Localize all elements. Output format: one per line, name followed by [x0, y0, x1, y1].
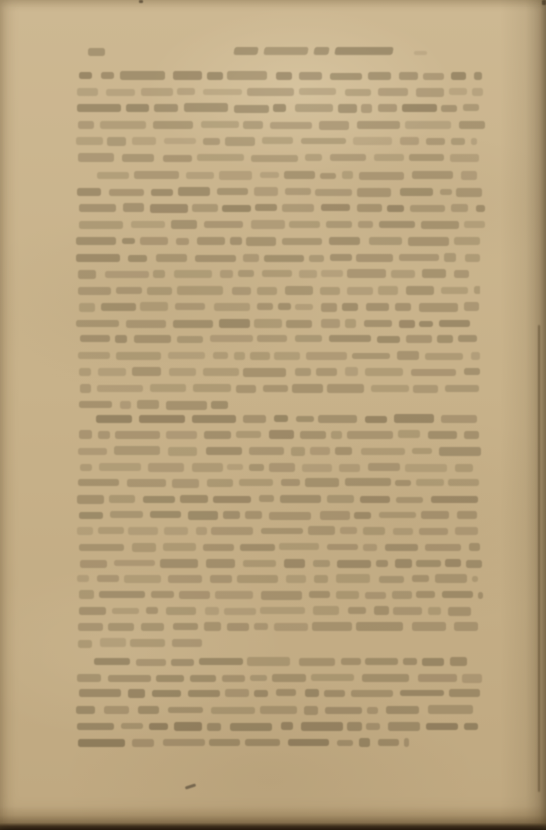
scan-speck-top	[139, 0, 143, 3]
faded-text-line	[79, 399, 228, 410]
faded-text-line	[78, 737, 409, 748]
faded-text-line	[79, 542, 481, 553]
faded-text-line	[79, 429, 479, 440]
header-title-dash	[414, 51, 427, 55]
faded-text-line	[79, 71, 482, 82]
faded-text-line	[78, 621, 478, 632]
page-gutter-shadow	[500, 0, 546, 830]
faded-text-line	[79, 203, 485, 214]
faded-text-line	[80, 333, 480, 344]
faded-text-line	[77, 86, 483, 97]
faded-text-line	[79, 589, 483, 600]
faded-text-line	[76, 318, 479, 329]
faded-text-line	[80, 558, 487, 569]
faded-text-line	[77, 525, 478, 536]
faded-text-line	[96, 413, 485, 424]
faded-text-line	[77, 186, 482, 197]
faded-text-line	[78, 638, 202, 649]
faded-text-line	[80, 462, 482, 473]
faded-text-line	[79, 219, 485, 230]
faded-text-line	[78, 285, 481, 296]
faded-text-line	[78, 152, 480, 163]
faded-text-line	[77, 103, 480, 114]
faded-text-line	[76, 252, 480, 263]
header-page-number	[88, 48, 105, 56]
scan-speck-corner	[542, 0, 546, 5]
faded-text-line	[79, 301, 479, 312]
faded-text-line	[76, 705, 479, 716]
faded-text-line	[77, 721, 479, 732]
header-running-title	[233, 47, 399, 55]
faded-text-line	[79, 510, 484, 521]
page-gutter-crease	[538, 325, 540, 792]
faded-text-line	[78, 268, 479, 279]
faded-text-line	[78, 350, 480, 361]
faded-text-line	[80, 383, 480, 394]
faded-text-line	[77, 673, 482, 684]
faded-text-line	[78, 446, 481, 457]
faded-text-line	[97, 170, 486, 181]
faded-text-line	[94, 656, 478, 667]
faded-text-line	[79, 366, 480, 377]
faded-text-line	[79, 688, 482, 699]
scanned-book-page	[0, 0, 546, 830]
faded-text-line	[77, 574, 478, 585]
faded-text-line	[78, 120, 485, 131]
faded-text-line	[78, 477, 484, 488]
faded-text-line	[77, 494, 484, 505]
faded-text-line	[76, 236, 480, 247]
faded-text-line	[76, 136, 477, 147]
faded-text-line	[79, 605, 479, 616]
text-block	[78, 0, 492, 830]
